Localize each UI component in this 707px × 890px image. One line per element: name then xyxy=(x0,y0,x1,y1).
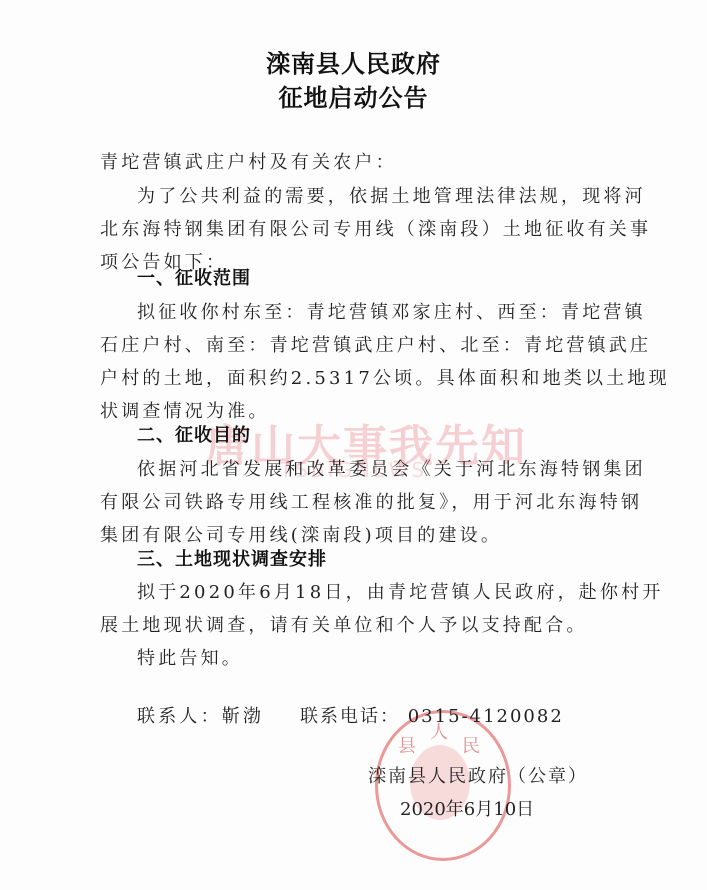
page-title-line1: 滦南县人民政府 xyxy=(0,44,707,79)
section-line: 集团有限公司专用线(滦南段)项目的建设。 xyxy=(100,521,502,547)
page-title-line2: 征地启动公告 xyxy=(0,78,707,113)
intro-line: 北东海特钢集团有限公司专用线（滦南段）土地征收有关事 xyxy=(100,215,651,241)
closing: 特此告知。 xyxy=(137,644,243,670)
section-line: 展土地现状调查，请有关单位和个人予以支持配合。 xyxy=(100,611,588,637)
section-line: 户村的土地，面积约2.5317公顷。具体面积和地类以土地现 xyxy=(100,364,670,390)
section-line: 有限公司铁路专用线工程核准的批复》，用于河北东海特钢 xyxy=(100,488,642,514)
contact-phone: 联系电话： 0315-4120082 xyxy=(300,702,564,728)
date: 2020年6月10日 xyxy=(400,795,534,821)
signature: 滦南县人民政府（公章） xyxy=(368,762,588,788)
section-line: 拟于2020年6月18日，由青坨营镇人民政府，赴你村开 xyxy=(137,578,664,604)
seal-char: 县 xyxy=(398,732,416,758)
intro-line: 为了公共利益的需要，依据土地管理法律法规，现将河 xyxy=(137,182,646,208)
section-heading: 二、征收目的 xyxy=(137,421,251,447)
section-line: 石庄户村、南至：青坨营镇武庄户村、北至：青坨营镇武庄 xyxy=(100,331,651,357)
section-heading: 一、征收范围 xyxy=(137,264,251,290)
section-line: 拟征收你村东至：青坨营镇邓家庄村、西至：青坨营镇 xyxy=(137,298,646,324)
contact-person: 联系人：靳渤 xyxy=(137,702,264,728)
section-heading: 三、土地现状调查安排 xyxy=(137,545,327,571)
seal-char: 民 xyxy=(462,732,480,758)
salutation: 青坨营镇武庄户村及有关农户： xyxy=(100,148,397,174)
section-line: 依据河北省发展和改革委员会《关于河北东海特钢集团 xyxy=(137,455,646,481)
